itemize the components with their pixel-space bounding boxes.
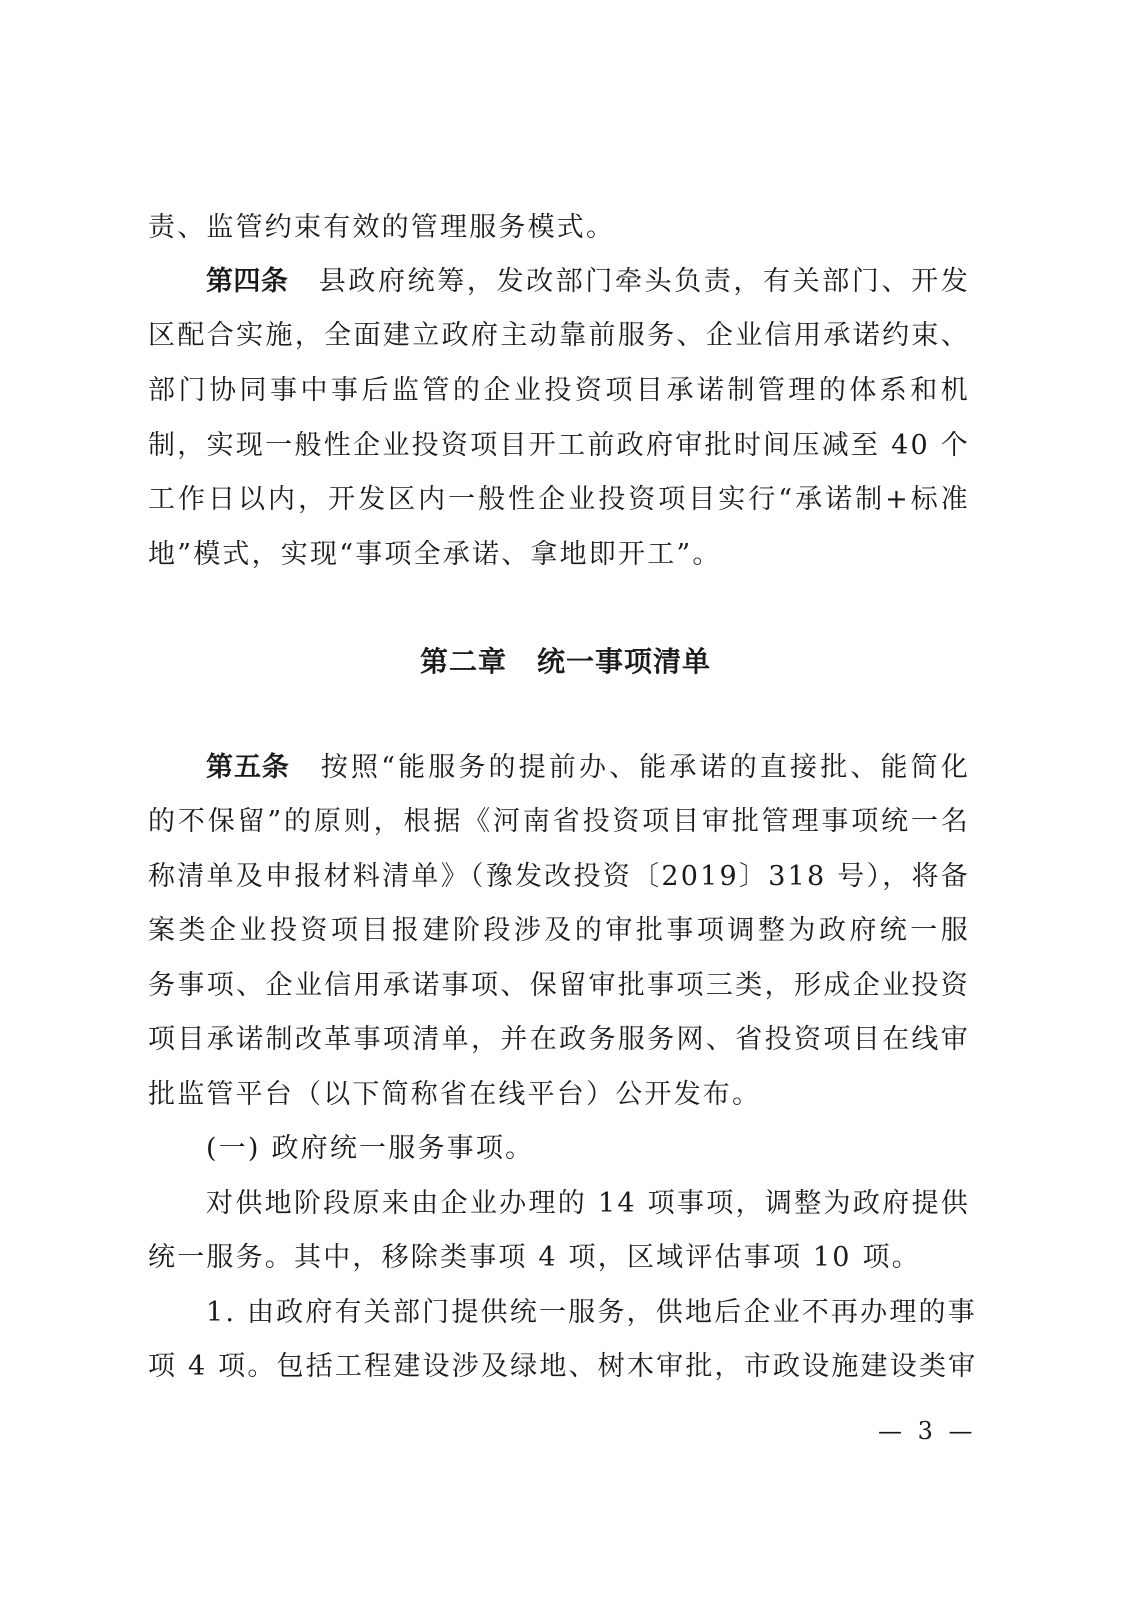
line-text: 县政府统筹，发改部门牵头负责，有关部门、开发 — [318, 266, 970, 297]
line-text: 案类企业投资项目报建阶段涉及的审批事项调整为政府统一服 — [148, 915, 970, 946]
line-text: 部门协同事中事后监管的企业投资项目承诺制管理的体系和机 — [148, 375, 970, 406]
text-line: 地”模式，实现“事项全承诺、拿地即开工”。 — [148, 537, 970, 573]
text-line: 1. 由政府有关部门提供统一服务，供地后企业不再办理的事 — [148, 1295, 970, 1331]
text-line: 项目承诺制改革事项清单，并在政务服务网、省投资项目在线审 — [148, 1022, 970, 1058]
line-text: 区配合实施，全面建立政府主动靠前服务、企业信用承诺约束、 — [148, 320, 970, 351]
line-text: 工作日以内，开发区内一般性企业投资项目实行“承诺制+标准 — [148, 484, 970, 515]
page-number: — 3 — — [878, 1416, 977, 1446]
line-text: 责、监管约束有效的管理服务模式。 — [148, 212, 615, 243]
line-text: 1. 由政府有关部门提供统一服务，供地后企业不再办理的事 — [206, 1297, 977, 1328]
line-text: 项 4 项。包括工程建设涉及绿地、树木审批，市政设施建设类审 — [148, 1351, 977, 1382]
line-text: 批监管平台（以下简称省在线平台）公开发布。 — [148, 1079, 761, 1110]
text-line: 区配合实施，全面建立政府主动靠前服务、企业信用承诺约束、 — [148, 318, 970, 354]
document-page: 责、监管约束有效的管理服务模式。第四条县政府统筹，发改部门牵头负责，有关部门、开… — [0, 0, 1131, 1600]
text-line: 的不保留”的原则，根据《河南省投资项目审批管理事项统一名 — [148, 804, 970, 840]
chapter-title: 统一事项清单 — [537, 645, 711, 678]
text-line: 责、监管约束有效的管理服务模式。 — [148, 210, 970, 246]
line-text: 项目承诺制改革事项清单，并在政务服务网、省投资项目在线审 — [148, 1024, 970, 1055]
line-text: 务事项、企业信用承诺事项、保留审批事项三类，形成企业投资 — [148, 970, 970, 1001]
article-label: 第四条 — [206, 266, 288, 297]
line-text: 对供地阶段原来由企业办理的 14 项事项，调整为政府提供 — [206, 1188, 970, 1219]
line-text: 称清单及申报材料清单》（豫发改投资〔2019〕318 号），将备 — [148, 861, 970, 892]
text-line: 案类企业投资项目报建阶段涉及的审批事项调整为政府统一服 — [148, 913, 970, 949]
text-line: (一) 政府统一服务事项。 — [148, 1131, 970, 1167]
text-line: 制，实现一般性企业投资项目开工前政府审批时间压减至 40 个 — [148, 428, 970, 464]
text-line: 务事项、企业信用承诺事项、保留审批事项三类，形成企业投资 — [148, 968, 970, 1004]
text-line: 工作日以内，开发区内一般性企业投资项目实行“承诺制+标准 — [148, 482, 970, 518]
text-line: 项 4 项。包括工程建设涉及绿地、树木审批，市政设施建设类审 — [148, 1349, 970, 1385]
line-text: (一) 政府统一服务事项。 — [206, 1133, 534, 1164]
chapter-heading: 第二章统一事项清单 — [0, 644, 1131, 680]
line-text: 按照“能服务的提前办、能承诺的直接批、能简化 — [320, 752, 970, 783]
line-text: 统一服务。其中，移除类事项 4 项，区域评估事项 10 项。 — [148, 1242, 921, 1273]
text-line: 对供地阶段原来由企业办理的 14 项事项，调整为政府提供 — [148, 1186, 970, 1222]
text-line: 部门协同事中事后监管的企业投资项目承诺制管理的体系和机 — [148, 373, 970, 409]
line-text: 地”模式，实现“事项全承诺、拿地即开工”。 — [148, 539, 722, 570]
text-line: 称清单及申报材料清单》（豫发改投资〔2019〕318 号），将备 — [148, 859, 970, 895]
text-line: 第四条县政府统筹，发改部门牵头负责，有关部门、开发 — [148, 264, 970, 300]
text-line: 统一服务。其中，移除类事项 4 项，区域评估事项 10 项。 — [148, 1240, 970, 1276]
article-label: 第五条 — [206, 752, 290, 783]
text-line: 第五条按照“能服务的提前办、能承诺的直接批、能简化 — [148, 750, 970, 786]
line-text: 制，实现一般性企业投资项目开工前政府审批时间压减至 40 个 — [148, 430, 970, 461]
chapter-number: 第二章 — [420, 645, 507, 678]
text-line: 批监管平台（以下简称省在线平台）公开发布。 — [148, 1077, 970, 1113]
line-text: 的不保留”的原则，根据《河南省投资项目审批管理事项统一名 — [148, 806, 970, 837]
